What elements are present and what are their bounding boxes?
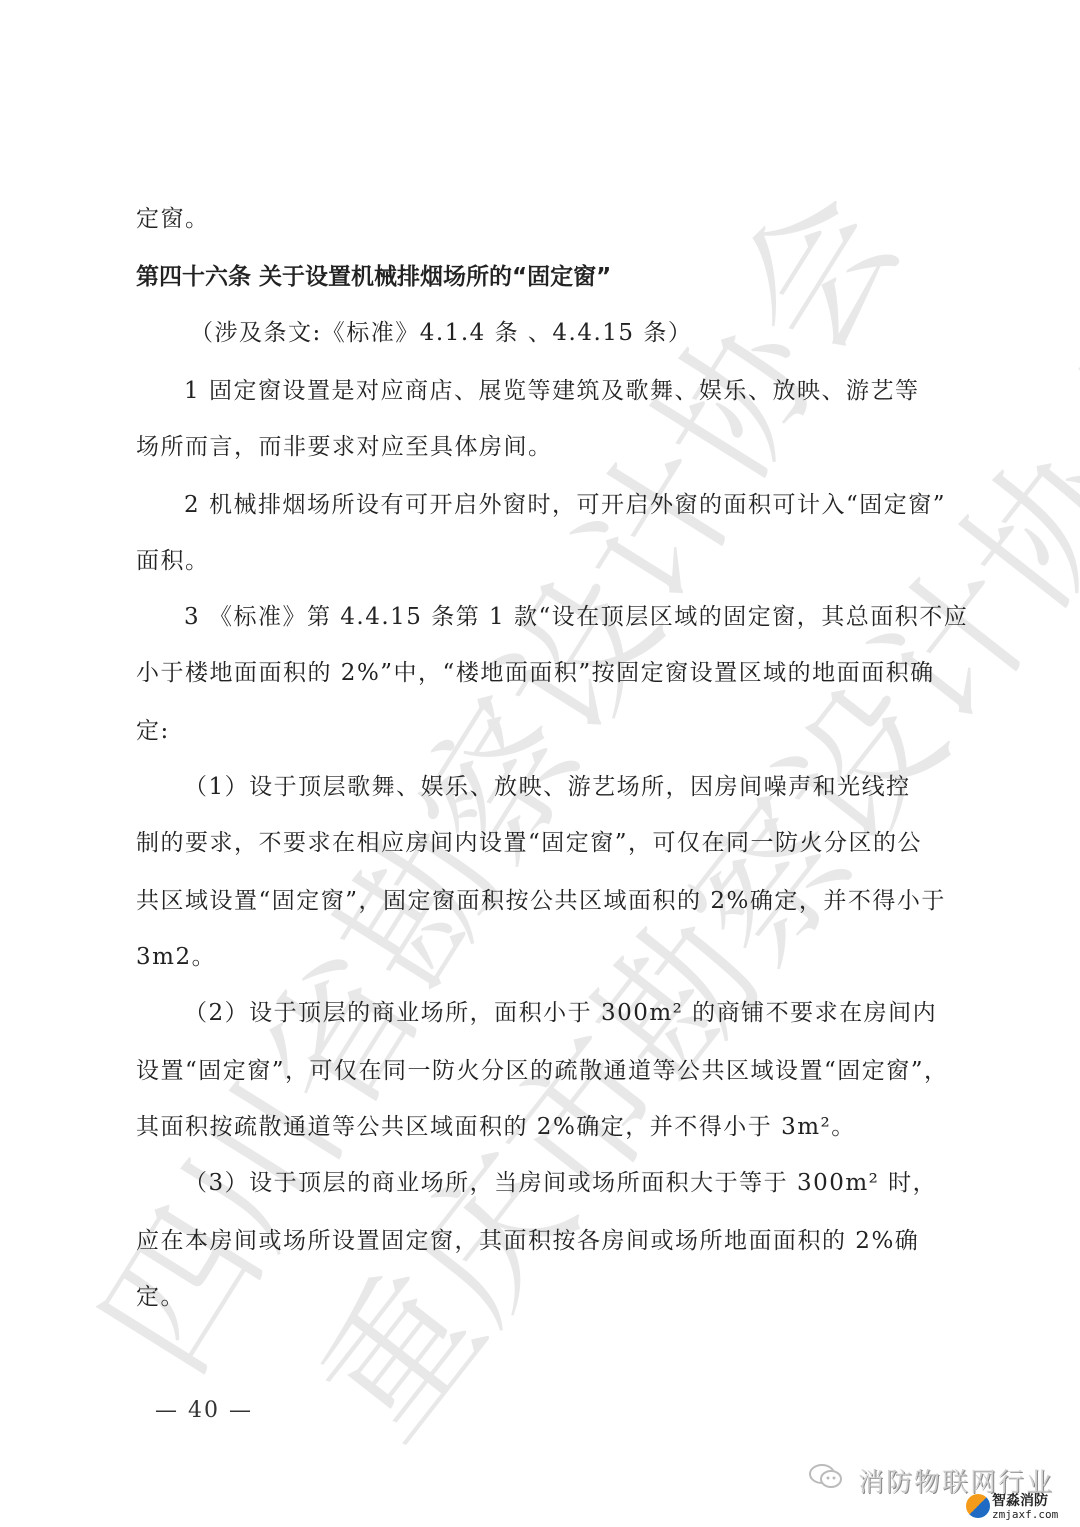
paragraph-line: 共区域设置“固定窗”，固定窗面积按公共区域面积的 2%确定，并不得小于 (136, 886, 946, 916)
paragraph-line: （1）设于顶层歌舞、娱乐、放映、游艺场所，因房间噪声和光线控 (184, 772, 911, 802)
document-page: 四川省勘察设计协会 重庆市勘察设计协会 定窗。第四十六条 关于设置机械排烟场所的… (0, 0, 1080, 1527)
logo-icon (966, 1494, 990, 1518)
section-heading: 第四十六条 关于设置机械排烟场所的“固定窗” (136, 262, 611, 292)
paragraph-line: 应在本房间或场所设置固定窗，其面积按各房间或场所地面面积的 2%确 (136, 1226, 919, 1256)
paragraph-line: 面积。 (136, 546, 210, 576)
paragraph-line: 场所而言，而非要求对应至具体房间。 (136, 432, 553, 462)
logo-name: 智淼消防 (992, 1490, 1048, 1510)
paragraph-line: 定。 (136, 1282, 185, 1312)
paragraph-line: 定: (136, 716, 170, 746)
paragraph-line: 制的要求，不要求在相应房间内设置“固定窗”，可仅在同一防火分区的公 (136, 828, 922, 858)
paragraph-line: 设置“固定窗”，可仅在同一防火分区的疏散通道等公共区域设置“固定窗”， (136, 1056, 949, 1086)
paragraph-line: （3）设于顶层的商业场所，当房间或场所面积大于等于 300m² 时， (184, 1168, 937, 1198)
wechat-icon (808, 1462, 844, 1490)
paragraph-line: 其面积按疏散通道等公共区域面积的 2%确定，并不得小于 3m²。 (136, 1112, 856, 1142)
logo-url: zmjaxf.com (992, 1508, 1058, 1521)
site-logo: 智淼消防 zmjaxf.com (966, 1490, 1076, 1524)
paragraph-line: 3 《标准》第 4.4.15 条第 1 款“设在顶层区域的固定窗，其总面积不应 (184, 602, 968, 632)
paragraph-line: 小于楼地面面积的 2%”中，“楼地面面积”按固定窗设置区域的地面面积确 (136, 658, 935, 688)
paragraph-line: 定窗。 (136, 204, 210, 234)
paragraph-line: 2 机械排烟场所设有可开启外窗时，可开启外窗的面积可计入“固定窗” (184, 490, 946, 520)
paragraph-line: （涉及条文:《标准》4.1.4 条 、4.4.15 条） (190, 318, 692, 348)
paragraph-line: 3m2。 (136, 942, 216, 972)
page-number: — 40 — (155, 1398, 253, 1423)
paragraph-line: 1 固定窗设置是对应商店、展览等建筑及歌舞、娱乐、放映、游艺等 (184, 376, 919, 406)
paragraph-line: （2）设于顶层的商业场所，面积小于 300m² 的商铺不要求在房间内 (184, 998, 937, 1028)
